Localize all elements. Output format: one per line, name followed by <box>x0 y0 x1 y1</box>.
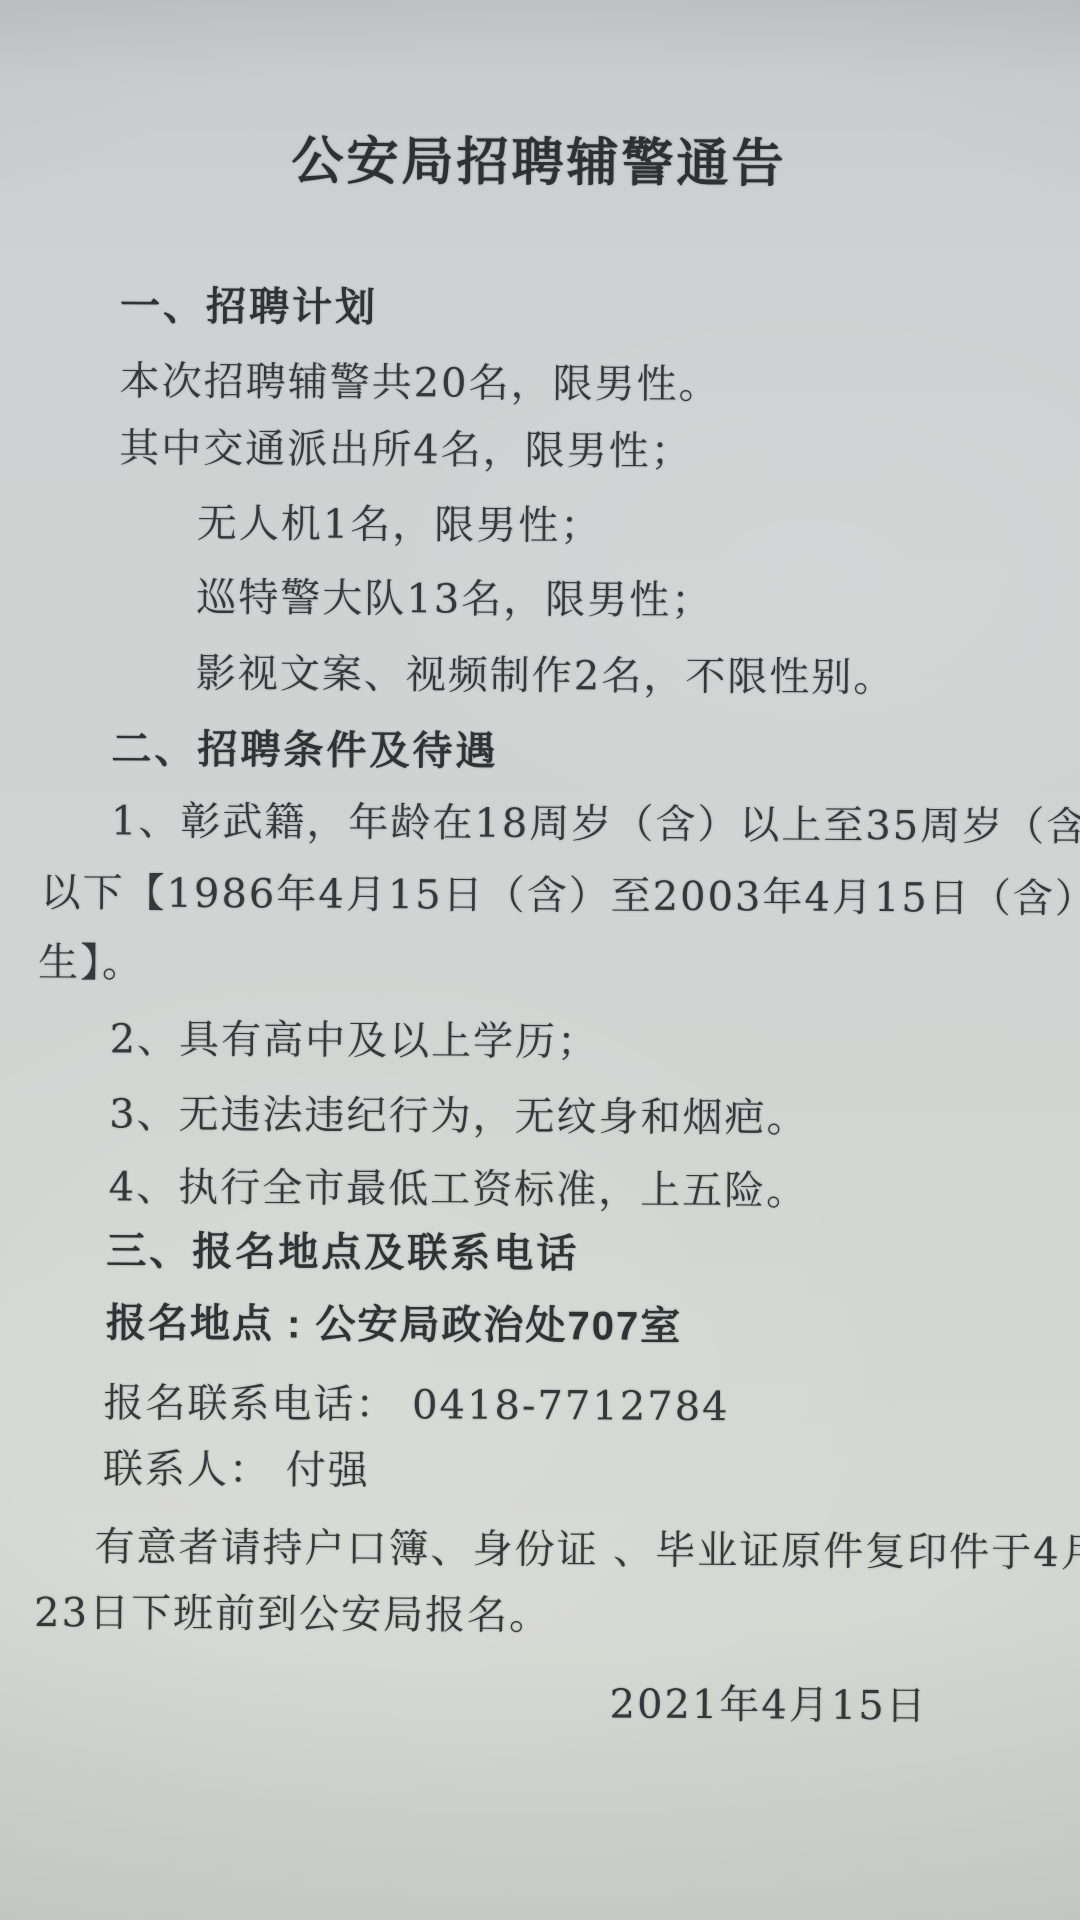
section1-heading: 一、招聘计划 <box>120 274 378 333</box>
plan-media-line: 影视文案、视频制作2名，不限性别。 <box>196 642 896 703</box>
condition1-line3: 生】。 <box>38 931 144 989</box>
section2-heading: 二、招聘条件及待遇 <box>111 717 498 776</box>
condition2-line: 2、具有高中及以上学历； <box>109 1007 599 1067</box>
plan-drone-line: 无人机1名，限男性； <box>197 492 603 551</box>
notice-document: 公安局招聘辅警通告 一、招聘计划 本次招聘辅警共20名，限男性。 其中交通派出所… <box>0 0 1080 1920</box>
document-title: 公安局招聘辅警通告 <box>0 117 1079 199</box>
registration-location-line: 报名地点 : 公安局政治处707室 <box>106 1291 683 1352</box>
condition1-line2: 以下【1986年4月15日（含）至2003年4月15日（含）期间出 <box>40 861 1080 925</box>
section3-heading: 三、报名地点及联系电话 <box>106 1219 579 1279</box>
plan-patrol-line: 巡特警大队13名，限男性； <box>196 566 713 626</box>
condition1-line1: 1、彰武籍，年龄在18周岁（含）以上至35周岁（含） <box>111 789 1080 852</box>
plan-traffic-line: 其中交通派出所4名，限男性； <box>119 416 693 477</box>
registration-note-line2: 23日下班前到公安局报名。 <box>34 1581 551 1641</box>
registration-contact-line: 联系人： 付强 <box>103 1437 370 1496</box>
photographed-paper: 公安局招聘辅警通告 一、招聘计划 本次招聘辅警共20名，限男性。 其中交通派出所… <box>0 0 1080 1920</box>
registration-note-line1: 有意者请持户口簿、身份证 、毕业证原件复印件于4月 <box>94 1515 1080 1578</box>
condition4-line: 4、执行全市最低工资标准，上五险。 <box>109 1155 809 1216</box>
issue-date: 2021年4月15日 <box>609 1672 927 1731</box>
plan-total-line: 本次招聘辅警共20名，限男性。 <box>120 349 721 410</box>
registration-phone-line: 报名联系电话： 0418-7712784 <box>103 1371 730 1432</box>
condition3-line: 3、无违法违纪行为，无纹身和烟疤。 <box>109 1082 809 1143</box>
